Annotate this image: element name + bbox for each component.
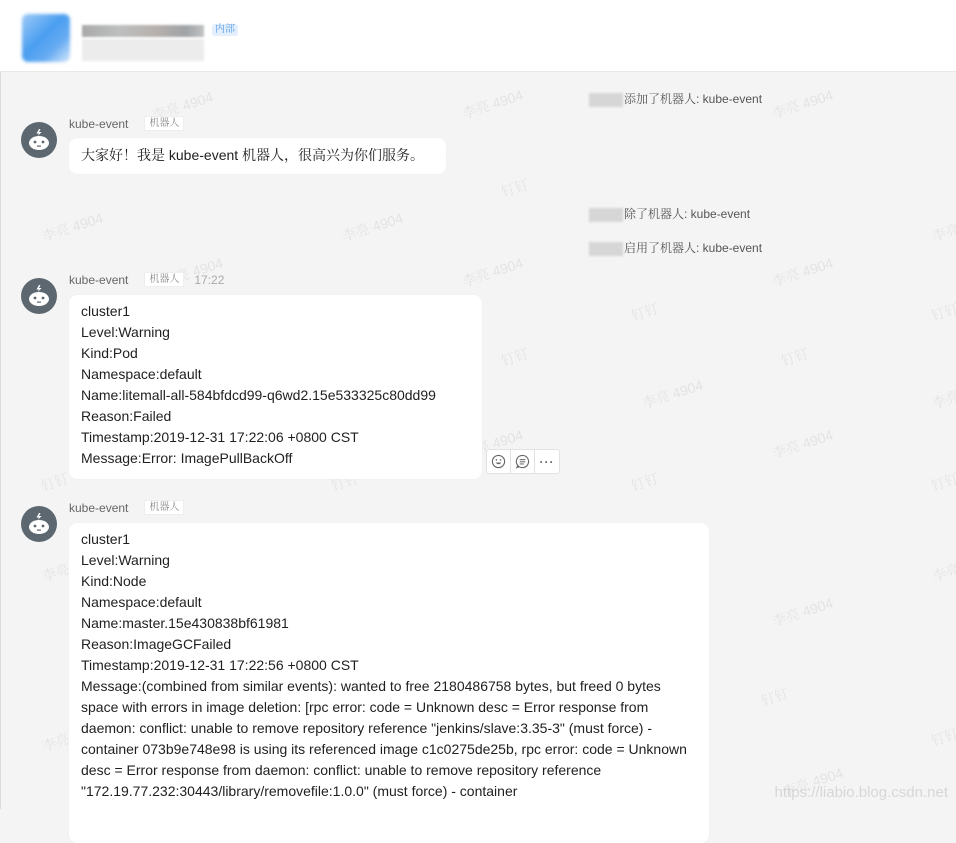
more-icon: ··· xyxy=(540,455,555,469)
watermark: 钉钉 xyxy=(929,298,956,326)
watermark: 李亮 4904 xyxy=(459,253,525,292)
robot-icon xyxy=(21,506,57,542)
watermark: 钉钉 xyxy=(929,723,956,751)
robot-tag: 机器人 xyxy=(144,116,184,131)
watermark: 钉钉 xyxy=(629,298,662,326)
sender-name[interactable]: kube-event xyxy=(69,117,128,131)
group-tag: 内部 xyxy=(212,24,238,36)
message-bubble[interactable]: cluster1 Level:Warning Kind:Node Namespa… xyxy=(69,523,709,809)
message-line: Timestamp:2019-12-31 17:22:56 +0800 CST xyxy=(81,655,697,676)
robot-avatar[interactable] xyxy=(21,506,57,542)
message-line: Timestamp:2019-12-31 17:22:06 +0800 CST xyxy=(81,427,470,448)
message-line: Level:Warning xyxy=(81,550,697,571)
watermark: 李亮 4904 xyxy=(929,208,956,247)
reply-icon xyxy=(515,454,530,469)
watermark: 李亮 4904 xyxy=(769,425,835,464)
watermark: 钉钉 xyxy=(759,683,792,711)
message-line: Namespace:default xyxy=(81,364,470,385)
watermark: 李亮 4904 xyxy=(339,208,405,247)
message-line: Reason:ImageGCFailed xyxy=(81,634,697,655)
group-avatar[interactable] xyxy=(22,14,70,62)
message-bubble[interactable]: 大家好！我是 kube-event 机器人，很高兴为你们服务。 xyxy=(69,138,446,174)
message-bubble[interactable]: cluster1 Level:Warning Kind:Pod Namespac… xyxy=(69,295,482,479)
system-message: 除了机器人: kube-event xyxy=(589,205,750,222)
message-line: Name:litemall-all-584bfdcd99-q6wd2.15e53… xyxy=(81,385,470,406)
message-line: Namespace:default xyxy=(81,592,697,613)
blurred-user-name xyxy=(589,208,623,222)
emoji-reaction-button[interactable] xyxy=(487,450,511,473)
watermark: 钉钉 xyxy=(779,343,812,371)
robot-icon xyxy=(21,278,57,314)
watermark: 李亮 4904 xyxy=(929,548,956,587)
watermark: 李亮 4904 xyxy=(459,85,525,124)
message-line: Kind:Pod xyxy=(81,343,470,364)
watermark: 李亮 4904 xyxy=(39,208,105,247)
message-line: Kind:Node xyxy=(81,571,697,592)
message-line: Message:Error: ImagePullBackOff xyxy=(81,448,470,469)
chat-area[interactable]: 李亮 4904 李亮 4904 李亮 4904 钉钉 李亮 4904 李亮 49… xyxy=(0,72,956,809)
watermark: 钉钉 xyxy=(39,468,72,496)
robot-icon xyxy=(21,122,57,158)
watermark: 李亮 4904 xyxy=(769,253,835,292)
watermark: 钉钉 xyxy=(929,468,956,496)
reply-button[interactable] xyxy=(511,450,535,473)
message-line: 大家好！我是 kube-event 机器人，很高兴为你们服务。 xyxy=(81,145,434,166)
robot-avatar[interactable] xyxy=(21,122,57,158)
emoji-icon xyxy=(491,454,506,469)
robot-tag: 机器人 xyxy=(144,272,184,287)
footer-watermark: https://liabio.blog.csdn.net xyxy=(775,784,948,801)
system-message: 启用了机器人: kube-event xyxy=(589,239,762,256)
group-title-blurred xyxy=(82,25,204,37)
watermark: 李亮 4904 xyxy=(769,85,835,124)
watermark: 钉钉 xyxy=(499,174,532,202)
sender-name[interactable]: kube-event xyxy=(69,273,128,287)
message-actions: ··· xyxy=(486,449,560,474)
watermark: 李亮 4904 xyxy=(639,375,705,414)
message-line: Message:(combined from similar events): … xyxy=(81,676,697,802)
blurred-user-name xyxy=(589,242,623,256)
message-meta: kube-event 机器人 xyxy=(69,116,184,131)
more-button[interactable]: ··· xyxy=(535,450,559,473)
watermark: 钉钉 xyxy=(629,468,662,496)
message-line: Reason:Failed xyxy=(81,406,470,427)
watermark: 李亮 4904 xyxy=(769,593,835,632)
system-message: 添加了机器人: kube-event xyxy=(589,90,762,107)
message-meta: kube-event 机器人 17:22 xyxy=(69,272,224,287)
message-line: Level:Warning xyxy=(81,322,470,343)
message-line: cluster1 xyxy=(81,301,470,322)
message-line: Name:master.15e430838bf61981 xyxy=(81,613,697,634)
blurred-user-name xyxy=(589,93,623,107)
robot-avatar[interactable] xyxy=(21,278,57,314)
watermark: 钉钉 xyxy=(499,343,532,371)
chat-header: 内部 xyxy=(0,0,956,72)
robot-tag: 机器人 xyxy=(144,500,184,515)
message-time: 17:22 xyxy=(194,273,224,287)
watermark: 李亮 4904 xyxy=(929,375,956,414)
sender-name[interactable]: kube-event xyxy=(69,501,128,515)
group-subtitle-blurred xyxy=(82,39,204,61)
message-meta: kube-event 机器人 xyxy=(69,500,184,515)
message-line: cluster1 xyxy=(81,529,697,550)
